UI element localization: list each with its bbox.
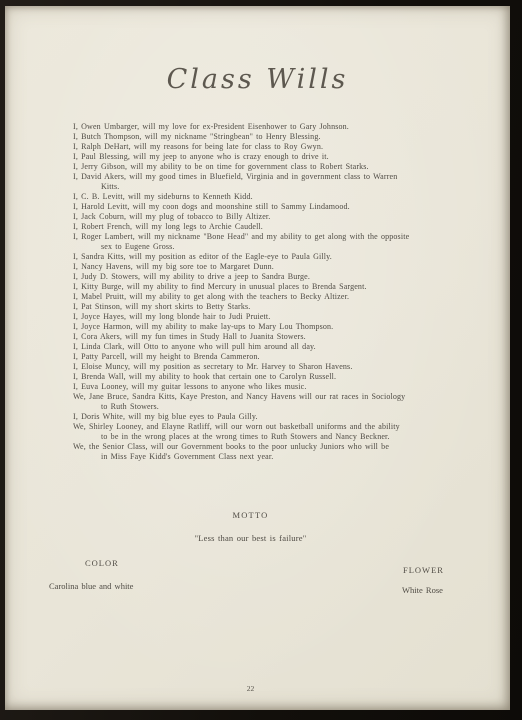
class-color-value: Carolina blue and white [49,581,133,591]
will-entry: I, Kitty Burge, will my ability to find … [73,282,483,292]
will-line: I, Jack Coburn, will my plug of tobacco … [73,212,483,222]
will-line: I, Roger Lambert, will my nickname "Bone… [73,232,483,242]
will-line: I, Cora Akers, will my fun times in Stud… [73,332,483,342]
yearbook-page: Class Wills I, Owen Umbarger, will my lo… [5,6,510,710]
class-flower-heading: FLOWER [403,565,444,575]
will-line: I, Butch Thompson, will my nickname "Str… [73,132,483,142]
will-line-continuation: in Miss Faye Kidd's Government Class nex… [73,452,483,462]
will-line: I, C. B. Levitt, will my sideburns to Ke… [73,192,483,202]
will-line: I, Judy D. Stowers, will my ability to d… [73,272,483,282]
will-entry: I, Joyce Hayes, will my long blonde hair… [73,312,483,322]
will-entry: I, Mabel Pruitt, will my ability to get … [73,292,483,302]
will-line: I, Jerry Gibson, will my ability to be o… [73,162,483,172]
will-entry: I, Jack Coburn, will my plug of tobacco … [73,212,483,222]
will-entry: I, Eloise Muncy, will my position as sec… [73,362,483,372]
will-line-continuation: to Ruth Stowers. [73,402,483,412]
will-line: I, Harold Levitt, will my coon dogs and … [73,202,483,212]
will-line: I, Nancy Havens, will my big sore toe to… [73,262,483,272]
will-entry: I, Patty Parcell, will my height to Bren… [73,352,483,362]
will-line-continuation: to be in the wrong places at the wrong t… [73,432,483,442]
will-line: I, Kitty Burge, will my ability to find … [73,282,483,292]
motto-text: "Less than our best is failure" [5,533,496,543]
will-entry: I, Jerry Gibson, will my ability to be o… [73,162,483,172]
will-line: I, Robert French, will my long legs to A… [73,222,483,232]
wills-list: I, Owen Umbarger, will my love for ex-Pr… [73,122,483,462]
will-line: I, Euva Looney, will my guitar lessons t… [73,382,483,392]
will-entry: I, Ralph DeHart, will my reasons for bei… [73,142,483,152]
will-line: I, Patty Parcell, will my height to Bren… [73,352,483,362]
will-entry: I, Butch Thompson, will my nickname "Str… [73,132,483,142]
will-entry: I, Owen Umbarger, will my love for ex-Pr… [73,122,483,132]
will-line: We, the Senior Class, will our Governmen… [73,442,483,452]
will-entry: I, Paul Blessing, will my jeep to anyone… [73,152,483,162]
will-line: I, David Akers, will my good times in Bl… [73,172,483,182]
will-entry: I, Cora Akers, will my fun times in Stud… [73,332,483,342]
will-line: I, Doris White, will my big blue eyes to… [73,412,483,422]
motto-heading: MOTTO [5,510,496,520]
will-entry: I, David Akers, will my good times in Bl… [73,172,483,192]
will-entry: We, Jane Bruce, Sandra Kitts, Kaye Prest… [73,392,483,412]
class-color-heading: COLOR [85,558,119,568]
scan-border: Class Wills I, Owen Umbarger, will my lo… [0,0,522,720]
will-line: I, Brenda Wall, will my ability to hook … [73,372,483,382]
will-entry: I, Brenda Wall, will my ability to hook … [73,372,483,382]
will-entry: I, Pat Stinson, will my short skirts to … [73,302,483,312]
will-line-continuation: Kitts. [73,182,483,192]
will-line: I, Owen Umbarger, will my love for ex-Pr… [73,122,483,132]
will-entry: I, C. B. Levitt, will my sideburns to Ke… [73,192,483,202]
will-line: I, Joyce Harmon, will my ability to make… [73,322,483,332]
will-entry: I, Nancy Havens, will my big sore toe to… [73,262,483,272]
class-flower-value: White Rose [402,585,443,595]
will-line: I, Eloise Muncy, will my position as sec… [73,362,483,372]
will-line: I, Sandra Kitts, will my position as edi… [73,252,483,262]
will-entry: I, Euva Looney, will my guitar lessons t… [73,382,483,392]
will-line: We, Jane Bruce, Sandra Kitts, Kaye Prest… [73,392,483,402]
will-line: I, Joyce Hayes, will my long blonde hair… [73,312,483,322]
will-line: I, Linda Clark, will Otto to anyone who … [73,342,483,352]
will-entry: I, Roger Lambert, will my nickname "Bone… [73,232,483,252]
will-entry: I, Joyce Harmon, will my ability to make… [73,322,483,332]
will-entry: I, Judy D. Stowers, will my ability to d… [73,272,483,282]
will-entry: I, Linda Clark, will Otto to anyone who … [73,342,483,352]
will-entry: I, Sandra Kitts, will my position as edi… [73,252,483,262]
will-entry: We, the Senior Class, will our Governmen… [73,442,483,462]
will-line: I, Pat Stinson, will my short skirts to … [73,302,483,312]
will-line-continuation: sex to Eugene Gross. [73,242,483,252]
will-entry: I, Robert French, will my long legs to A… [73,222,483,232]
will-entry: I, Doris White, will my big blue eyes to… [73,412,483,422]
will-line: I, Ralph DeHart, will my reasons for bei… [73,142,483,152]
page-number: 22 [5,684,496,693]
will-entry: I, Harold Levitt, will my coon dogs and … [73,202,483,212]
will-line: I, Mabel Pruitt, will my ability to get … [73,292,483,302]
will-line: I, Paul Blessing, will my jeep to anyone… [73,152,483,162]
page-title: Class Wills [5,64,510,95]
will-entry: We, Shirley Looney, and Elayne Ratliff, … [73,422,483,442]
will-line: We, Shirley Looney, and Elayne Ratliff, … [73,422,483,432]
